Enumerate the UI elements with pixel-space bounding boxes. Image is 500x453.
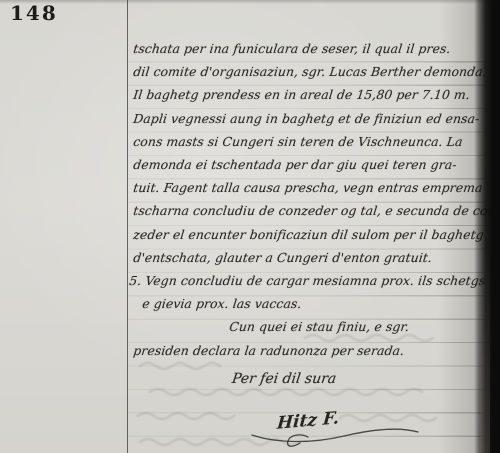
manuscript-line: cons masts si Cungeri sin teren de Visch… — [132, 130, 483, 153]
manuscript-text: tschata per ina funiculara de seser, il … — [132, 37, 480, 362]
manuscript-line: Il baghetg prendess en in areal de 15,80… — [132, 83, 483, 106]
manuscript-line: presiden declara la radunonza per serada… — [132, 339, 483, 362]
book-edge-shadow — [474, 0, 500, 453]
scanned-manuscript-page: 148 tschata per ina funiculara de seser,… — [0, 0, 500, 453]
manuscript-line: demonda ei tschentada per dar giu quei t… — [132, 153, 483, 176]
manuscript-line: tschata per ina funiculara de seser, il … — [132, 37, 483, 60]
manuscript-line: d'entschata, glauter a Cungeri d'enton g… — [132, 246, 483, 269]
manuscript-line: e gievia prox. las vaccas. — [141, 292, 483, 315]
closing-line: Per fei dil sura — [231, 371, 337, 387]
manuscript-line: 5. Vegn concludiu de cargar mesiamna pro… — [128, 269, 483, 292]
manuscript-line: tscharna concludiu de conzeder og tal, e… — [132, 199, 483, 222]
manuscript-line: Dapli vegnessi aung in baghetg et de fin… — [132, 107, 483, 130]
manuscript-line: tuit. Fagent talla causa prescha, vegn e… — [132, 176, 483, 199]
manuscript-line: dil comite d'organisaziun, sgr. Lucas Be… — [132, 60, 483, 83]
manuscript-line: zeder el encunter bonificaziun dil sulom… — [132, 223, 483, 246]
